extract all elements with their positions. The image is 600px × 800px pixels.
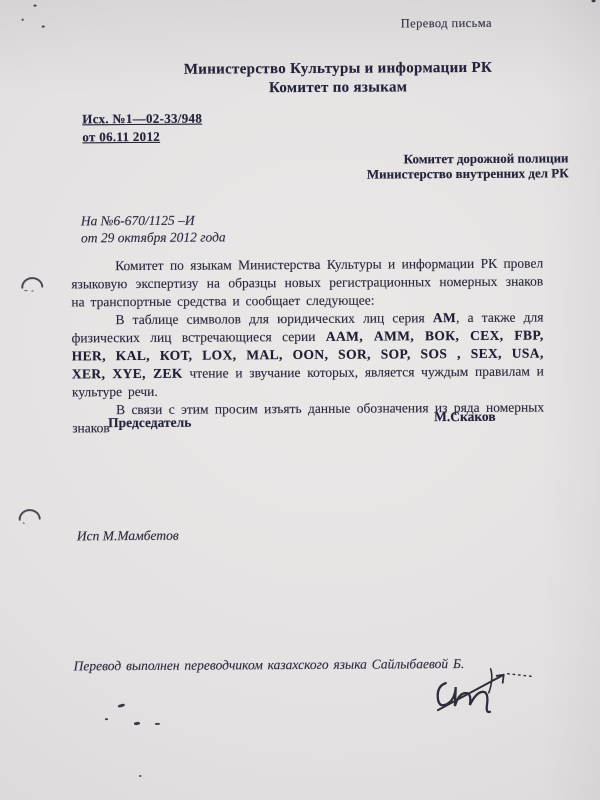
ink-speck [34,5,37,7]
paragraph-2-intro: В таблице символов для юридических лиц с… [115,310,432,327]
reply-ref-number: На №6-670/1125 –И [81,211,226,229]
corner-label: Перевод письма [401,16,492,32]
letterhead-title: Министерство Культуры и информации РК Ко… [93,59,583,98]
paragraph-1: Комитет по языкам Министерства Культуры … [71,255,543,312]
addressee-block: Комитет дорожной полиции Министерство вн… [367,150,569,181]
ink-speck [139,775,141,777]
addressee-ministry: Министерство внутренних дел РК [367,165,569,181]
margin-arc-mark [17,508,43,524]
ink-speck [118,703,126,708]
paragraph-1-text: Комитет по языкам Министерства Культуры … [71,256,543,310]
ink-speck [155,723,160,725]
ink-speck [134,722,140,726]
letter-content: Перевод письма Министерство Культуры и и… [0,0,600,800]
series-code-am: АМ [433,310,456,325]
paragraph-2: В таблице символов для юридических лиц с… [71,309,544,402]
signer-title: Председатель [108,415,191,432]
executor-line: Исп М.Мамбетов [77,528,179,545]
outgoing-reference: Исх. №1—02-33/948 от 06.11 2012 [82,111,202,148]
addressee-committee: Комитет дорожной полиции [367,150,569,166]
signer-name: М.Скаков [434,409,496,425]
handwritten-signature-icon [428,661,538,724]
outgoing-ref-number: Исх. №1—02-33/948 [82,111,202,128]
ink-speck [105,718,108,720]
margin-arc-mark [19,276,45,292]
ministry-name: Министерство Культуры и информации РК [93,59,583,79]
reply-reference: На №6-670/1125 –И от 29 октября 2012 год… [81,211,226,246]
committee-name: Комитет по языкам [93,78,583,98]
ink-speck [22,19,24,21]
scanned-letter-photo: Перевод письма Министерство Культуры и и… [0,0,600,800]
outgoing-ref-date: от 06.11 2012 [82,129,202,146]
ink-speck [42,26,45,28]
ink-speck [592,0,596,2]
translator-note: Перевод выполнен переводчиком казахского… [74,656,465,674]
reply-ref-date: от 29 октября 2012 года [81,228,226,246]
